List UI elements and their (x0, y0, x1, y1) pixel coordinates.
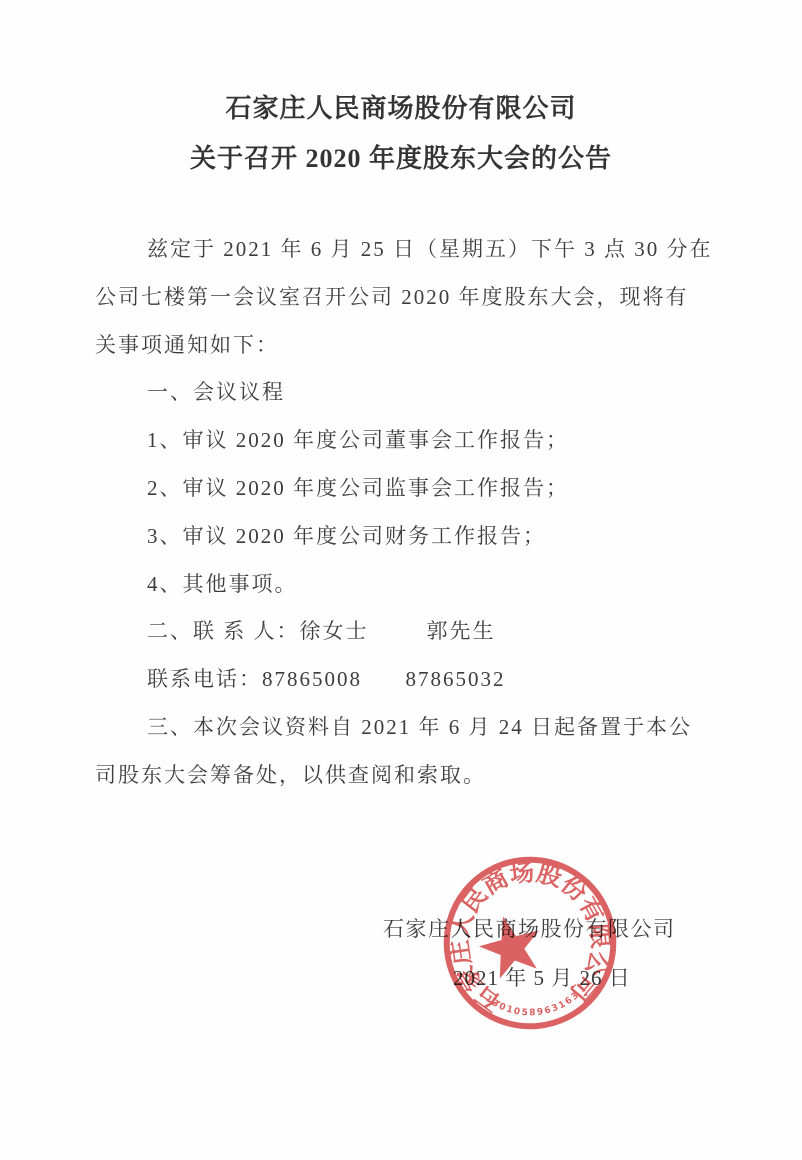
body-line-phones: 联系电话：87865008 87865032 (95, 656, 715, 704)
body-line: 公司七楼第一会议室召开公司 2020 年度股东大会，现将有 (95, 274, 715, 322)
seal-star-icon (473, 909, 548, 982)
company-seal-stamp: 石家庄人民商场股份有限公司 1301058963163 (416, 843, 643, 1043)
company-title: 石家庄人民商场股份有限公司 (0, 88, 802, 125)
body-line-agenda-item: 2、审议 2020 年度公司监事会工作报告； (95, 465, 715, 513)
body-line: 兹定于 2021 年 6 月 25 日（星期五）下午 3 点 30 分在 (95, 226, 715, 274)
announcement-title: 关于召开 2020 年度股东大会的公告 (0, 138, 802, 175)
body-line-agenda-item: 3、审议 2020 年度公司财务工作报告； (95, 513, 715, 561)
body-line: 司股东大会筹备处，以供查阅和索取。 (95, 752, 715, 800)
body-line: 关事项通知如下： (95, 322, 715, 370)
body-line: 三、本次会议资料自 2021 年 6 月 24 日起备置于本公 (95, 704, 715, 752)
body-line-agenda-item: 4、其他事项。 (95, 561, 715, 609)
body-line-agenda-item: 1、审议 2020 年度公司董事会工作报告； (95, 417, 715, 465)
body-line-agenda-heading: 一、会议议程 (95, 369, 715, 417)
document-page: 石家庄人民商场股份有限公司 关于召开 2020 年度股东大会的公告 兹定于 20… (0, 0, 802, 1160)
body-line-contacts: 二、联 系 人：徐女士 郭先生 (95, 608, 715, 656)
announcement-body: 兹定于 2021 年 6 月 25 日（星期五）下午 3 点 30 分在 公司七… (95, 226, 715, 800)
